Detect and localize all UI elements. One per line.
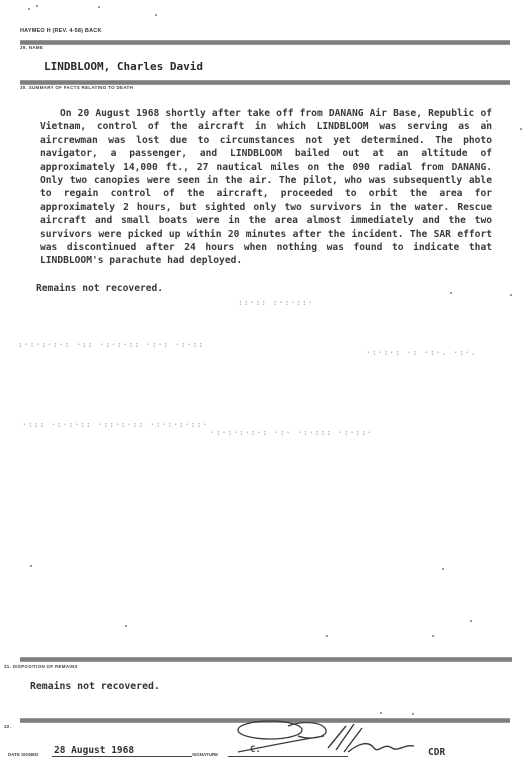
field-label-32: 32.	[4, 724, 11, 729]
faded-text: ·::: ·:·:·:: ·::·:·:: ·:·:·:·::·	[22, 420, 208, 429]
scan-speck	[470, 620, 472, 622]
signer-rank: CDR	[428, 747, 445, 758]
scan-speck	[432, 635, 434, 637]
scan-speck	[326, 635, 328, 637]
faded-text: ·:·:·:·:·: ·:· ·:·::: ·:·::·	[210, 428, 373, 437]
scan-speck	[380, 712, 382, 714]
handwritten-signature	[228, 718, 428, 768]
scan-speck	[486, 120, 488, 122]
remains-note: Remains not recovered.	[36, 283, 163, 294]
scan-speck	[450, 292, 452, 294]
scan-speck	[442, 568, 444, 570]
scan-speck	[28, 8, 30, 10]
field-label-disposition: 31. DISPOSITION OF REMAINS	[4, 664, 78, 669]
divider	[20, 40, 510, 45]
scan-speck	[30, 565, 32, 567]
scan-speck	[412, 713, 414, 715]
deceased-name: LINDBLOOM, Charles David	[44, 60, 203, 73]
form-identifier: HAYMEO H (REV. 4-58) BACK	[20, 28, 102, 34]
scan-speck	[155, 14, 157, 16]
faded-text: :·:·:·:·: ·:: ·:·:·:: ·:·: ·:·::	[18, 340, 204, 349]
scan-speck	[125, 625, 127, 627]
field-label-name: 29. NAME	[20, 45, 43, 50]
faded-text: ::·:: :·:·::·	[238, 298, 314, 307]
faded-text: ·:·:·: ·: ·:·. ·:·.	[366, 348, 477, 357]
disposition-of-remains: Remains not recovered.	[30, 681, 160, 692]
field-label-summary: 30. SUMMARY OF FACTS RELATING TO DEATH	[20, 85, 133, 90]
summary-of-facts: On 20 August 1968 shortly after take off…	[40, 107, 492, 268]
date-signed-label: DATE SIGNED	[8, 752, 38, 757]
summary-paragraph: On 20 August 1968 shortly after take off…	[40, 107, 492, 268]
scan-speck	[36, 5, 38, 7]
scan-speck	[520, 128, 522, 130]
signature-label: SIGNATURE	[192, 752, 218, 757]
scan-speck	[510, 294, 512, 296]
date-signed-value: 28 August 1968	[52, 745, 192, 757]
scan-speck	[98, 6, 100, 8]
divider	[20, 657, 512, 662]
